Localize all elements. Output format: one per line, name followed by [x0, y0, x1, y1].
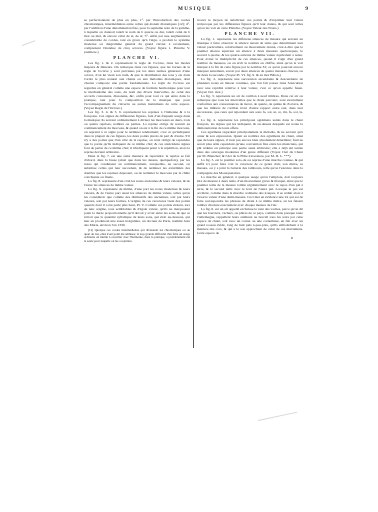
paragraph: La fig. 3. représente un air de carillon…	[197, 94, 303, 118]
paragraph: trouva le moyen de subdiviser ces points…	[197, 18, 303, 30]
left-column: se perfectionnant de plus en plus, 1°. p…	[84, 18, 190, 246]
right-column: trouva le moyen de subdiviser ces points…	[197, 18, 303, 240]
paragraph: Les fig. 1. & 2. représentent la regle d…	[84, 61, 190, 110]
column-divider	[193, 18, 194, 348]
paragraph: Dans la fig. 7. est une autre maniere de…	[84, 154, 190, 178]
paragraph: La fig. 8. représente d'un côté les note…	[84, 179, 190, 187]
page-header: MUSIQUE 9	[84, 6, 306, 16]
paragraph: La fig. 2. représente une succession asc…	[197, 77, 303, 93]
plate-heading: PLANCHE VI.	[84, 56, 190, 60]
paragraph: Les fig. 3. 4. & 5. 6. représentent les …	[84, 110, 190, 155]
paragraph: La fig. 5. est le premier solo-de ou rep…	[197, 158, 303, 174]
running-head: MUSIQUE	[84, 6, 306, 12]
paragraph: La fig. 4. représente les principaux agr…	[197, 118, 303, 130]
paragraph: Ces agrémens regardent principalement la…	[197, 130, 303, 158]
signature-mark: Ii	[197, 236, 303, 240]
paragraph: se perfectionnant de plus en plus, 1°. p…	[84, 18, 190, 54]
plate-heading: PLANCHE VII.	[197, 32, 303, 36]
paragraph: La fig. 1. représente les différens sile…	[197, 37, 303, 77]
scan-artifact	[22, 40, 35, 45]
page-number: 9	[305, 6, 308, 12]
scan-artifact	[258, 412, 297, 421]
paragraph: La fig. 9. représente de même, d'une par…	[84, 187, 190, 227]
paragraph: La marche en général, à quelque usage qu…	[197, 175, 303, 207]
paragraph: La fig. 6. est un air appellé en Suisse …	[197, 207, 303, 235]
footnote: (12) Quoique ces cordes intermédiaires q…	[84, 229, 190, 243]
